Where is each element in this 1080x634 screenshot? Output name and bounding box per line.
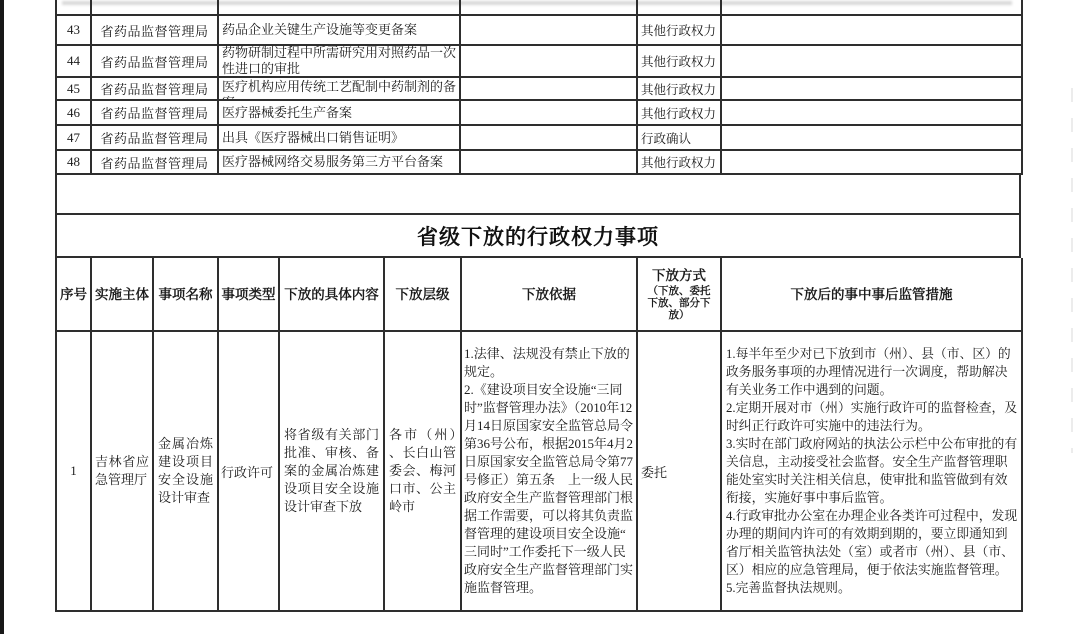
cell-subject-text: 吉林省应急管理厅: [92, 453, 152, 489]
header-subject: 实施主体: [90, 258, 152, 330]
blank-cell: [720, 99, 1021, 124]
agency-cell: 省药品监督管理局: [90, 44, 217, 76]
cell-subject: 吉林省应急管理厅: [90, 330, 152, 610]
table-row: 46 省药品监督管理局 医疗器械委托生产备案 其他行政权力: [55, 99, 1021, 124]
agency-cell: 省药品监督管理局: [90, 149, 217, 173]
item-name-cell: 出具《医疗器械出口销售证明》: [217, 124, 459, 149]
item-name-cell: 医疗机构应用传统工艺配制中药制剂的备案: [217, 76, 459, 99]
table-data-row: 1 吉林省应急管理厅 金属冶炼建设项目安全设施设计审查 行政许可 将省级有关部门…: [55, 330, 1021, 610]
table-row: 47 省药品监督管理局 出具《医疗器械出口销售证明》 行政确认: [55, 124, 1021, 149]
blank-cell: [459, 149, 636, 173]
cell-item-name-text: 金属冶炼建设项目安全设施设计审查: [154, 435, 217, 507]
blank-cell: [720, 0, 1021, 14]
blank-cell: [217, 0, 459, 14]
header-no: 序号: [55, 258, 90, 330]
header-basis: 下放依据: [460, 258, 636, 330]
page-edge-bar: [0, 0, 4, 634]
blank-cell: [459, 14, 636, 44]
row-number-cell: 46: [55, 99, 90, 124]
blank-cell: [459, 124, 636, 149]
cell-item-name: 金属冶炼建设项目安全设施设计审查: [152, 330, 217, 610]
header-item-type: 事项类型: [217, 258, 278, 330]
item-name-cell: 药物研制过程中所需研究用对照药品一次性进口的审批: [217, 44, 459, 76]
blank-cell: [459, 76, 636, 99]
header-supervision: 下放后的事中事后监管措施: [720, 258, 1021, 330]
cell-content-text: 将省级有关部门批准、审核、备案的金属冶炼建设项目安全设施设计审查下放: [280, 426, 383, 516]
blank-cell: [720, 14, 1021, 44]
table-row: 45 省药品监督管理局 医疗机构应用传统工艺配制中药制剂的备案 其他行政权力: [55, 76, 1021, 99]
power-type-cell: 其他行政权力: [636, 76, 720, 99]
empty-table-band: [55, 173, 1021, 213]
agency-cell: 省药品监督管理局: [90, 14, 217, 44]
cell-level: 各市（州）、长白山管委会、梅河口市、公主岭市: [383, 330, 460, 610]
blank-cell: [720, 44, 1021, 76]
cell-supervision: 1.每半年至少对已下放到市（州）、县（市、区）的政务服务事项的办理情况进行一次调…: [720, 330, 1021, 610]
item-name-cell: 医疗器械网络交易服务第三方平台备案: [217, 149, 459, 173]
table-header-row: 序号 实施主体 事项名称 事项类型 下放的具体内容 下放层级 下放依据 下放方式…: [55, 258, 1021, 330]
cell-method: 委托: [636, 330, 720, 610]
cell-item-type: 行政许可: [217, 330, 278, 610]
cell-level-text: 各市（州）、长白山管委会、梅河口市、公主岭市: [385, 426, 460, 516]
cell-basis-text: 1.法律、法规没有禁止下放的规定。 2.《建设项目安全设施“三同时”监督管理办法…: [462, 341, 636, 601]
cell-no: 1: [55, 330, 90, 610]
item-name-cell: 药品企业关键生产设施等变更备案: [217, 14, 459, 44]
scanned-document-page: 43 省药品监督管理局 药品企业关键生产设施等变更备案 其他行政权力 44 省药…: [0, 0, 1080, 634]
blank-cell: [459, 44, 636, 76]
section-title-band: 省级下放的行政权力事项: [55, 213, 1021, 258]
header-item-name: 事项名称: [152, 258, 217, 330]
item-name-cell: 医疗器械委托生产备案: [217, 99, 459, 124]
row-number-cell: 43: [55, 14, 90, 44]
power-type-cell: 行政确认: [636, 124, 720, 149]
row-number-cell: 44: [55, 44, 90, 76]
blank-cell: [720, 149, 1021, 173]
blank-cell: [636, 0, 720, 14]
power-type-cell: 其他行政权力: [636, 149, 720, 173]
cell-supervision-text: 1.每半年至少对已下放到市（州）、县（市、区）的政务服务事项的办理情况进行一次调…: [722, 341, 1021, 601]
scan-artifact-right: [1071, 88, 1073, 453]
blank-cell: [720, 124, 1021, 149]
blank-cell: [90, 0, 217, 14]
header-method: 下放方式 （下放、委托下放、部分下放）: [636, 258, 720, 330]
agency-cell: 省药品监督管理局: [90, 76, 217, 99]
header-level: 下放层级: [383, 258, 460, 330]
blank-cell: [55, 0, 90, 14]
section-title: 省级下放的行政权力事项: [417, 221, 659, 251]
row-number-cell: 48: [55, 149, 90, 173]
agency-cell: 省药品监督管理局: [90, 99, 217, 124]
power-type-cell: 其他行政权力: [636, 14, 720, 44]
blank-cell: [720, 76, 1021, 99]
powers-table-continued: 43 省药品监督管理局 药品企业关键生产设施等变更备案 其他行政权力 44 省药…: [55, 0, 1023, 175]
table-row: 44 省药品监督管理局 药物研制过程中所需研究用对照药品一次性进口的审批 其他行…: [55, 44, 1021, 76]
row-number-cell: 45: [55, 76, 90, 99]
power-type-cell: 其他行政权力: [636, 44, 720, 76]
power-type-cell: 其他行政权力: [636, 99, 720, 124]
delegated-powers-table: 序号 实施主体 事项名称 事项类型 下放的具体内容 下放层级 下放依据 下放方式…: [55, 258, 1023, 612]
header-method-note: （下放、委托下放、部分下放）: [646, 285, 712, 321]
table-row: 48 省药品监督管理局 医疗器械网络交易服务第三方平台备案 其他行政权力: [55, 149, 1021, 173]
cell-content: 将省级有关部门批准、审核、备案的金属冶炼建设项目安全设施设计审查下放: [278, 330, 383, 610]
blank-cell: [459, 0, 636, 14]
cell-item-type-text: 行政许可: [219, 462, 278, 481]
table-row: 43 省药品监督管理局 药品企业关键生产设施等变更备案 其他行政权力: [55, 14, 1021, 44]
cell-basis: 1.法律、法规没有禁止下放的规定。 2.《建设项目安全设施“三同时”监督管理办法…: [460, 330, 636, 610]
blank-cell: [459, 99, 636, 124]
agency-cell: 省药品监督管理局: [90, 124, 217, 149]
header-content: 下放的具体内容: [278, 258, 383, 330]
row-number-cell: 47: [55, 124, 90, 149]
header-method-label: 下放方式: [652, 267, 706, 284]
table-row-partial: [55, 0, 1021, 14]
